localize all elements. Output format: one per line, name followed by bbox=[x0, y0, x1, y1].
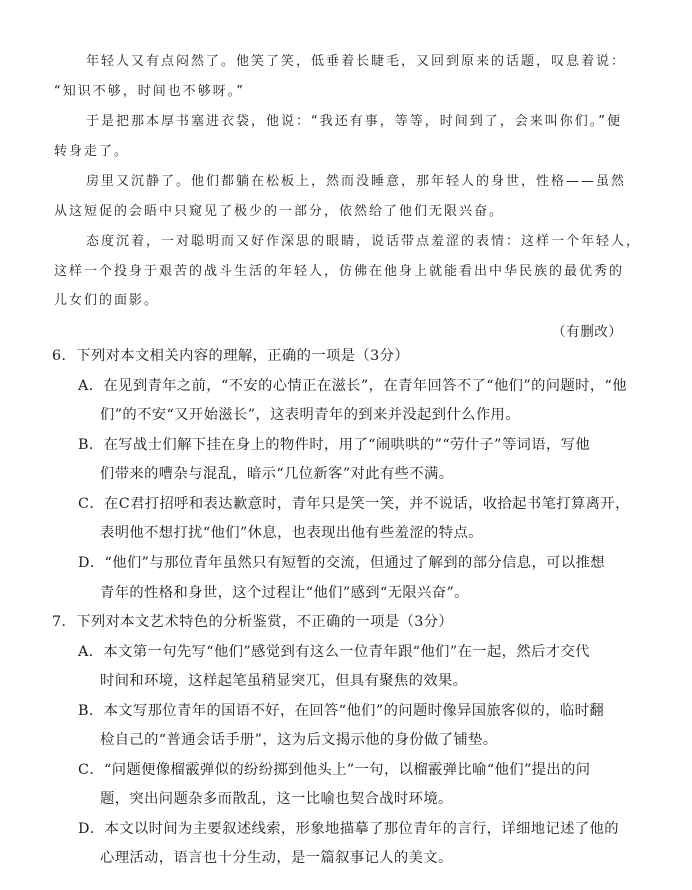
question-stem: 6．下列对本文相关内容的理解，正确的一项是（3分） bbox=[52, 345, 409, 365]
passage-line: “知识不够，时间也不够呀。” bbox=[54, 80, 245, 99]
passage-line: 年轻人又有点闷然了。他笑了笑，低垂着长睫毛，又回到原来的话题，叹息着说： bbox=[86, 50, 626, 69]
passage-line: 态度沉着，一对聪明而又好作深思的眼睛，说话带点羞涩的表情：这样一个年轻人， bbox=[86, 230, 641, 249]
passage-line: 转身走了。 bbox=[54, 140, 129, 159]
option-a-cont: 时间和环境，这样起笔虽稍显突兀，但具有聚焦的效果。 bbox=[100, 670, 467, 690]
option-c-cont: 表明他不想打扰“他们”休息，也表现出他有些羞涩的特点。 bbox=[100, 522, 483, 542]
option-a-cont: 们”的不安“又开始滋长”，这表明青年的到来并没起到什么作用。 bbox=[100, 404, 520, 424]
option-d-cont: 青年的性格和身世，这个过程让“他们”感到“无限兴奋”。 bbox=[100, 582, 469, 602]
option-a: A．本文第一句先写“他们”感觉到有这么一位青年跟“他们”在一起，然后才交代 bbox=[78, 641, 590, 661]
option-a: A．在见到青年之前，“不安的心情正在滋长”，在青年回答不了“他们”的问题时，“他 bbox=[78, 375, 627, 395]
passage-line: 房里又沉静了。他们都躺在松板上，然而没睡意，那年轻人的身世，性格——虽然 bbox=[86, 170, 626, 189]
option-c: C．“问题便像榴霰弹似的纷纷掷到他头上”一句，以榴霰弹比喻“他们”提出的问 bbox=[78, 759, 590, 779]
option-d: D．本文以时间为主要叙述线索，形象地描摹了那位青年的言行，详细地记述了他的 bbox=[78, 818, 619, 838]
option-d: D．“他们”与那位青年虽然只有短暂的交流，但通过了解到的部分信息，可以推想 bbox=[78, 552, 605, 572]
passage-line: 这样一个投身于艰苦的战斗生活的年轻人，仿佛在他身上就能看出中华民族的最优秀的 bbox=[54, 260, 624, 279]
option-c-cont: 题，突出问题杂多而散乱，这一比喻也契合战时环境。 bbox=[100, 788, 453, 808]
passage-line: 儿女们的面影。 bbox=[54, 289, 159, 308]
passage-line: 于是把那本厚书塞进衣袋，他说：“我还有事，等等，时间到了，会来叫你们。”便 bbox=[86, 110, 622, 129]
option-b-cont: 检自己的“普通会话手册”，这为后文揭示他的身份做了铺垫。 bbox=[100, 729, 498, 749]
option-d-cont: 心理活动，语言也十分生动，是一篇叙事记人的美文。 bbox=[100, 847, 453, 867]
question-stem: 7．下列对本文艺术特色的分析鉴赏，不正确的一项是（3分） bbox=[52, 611, 453, 631]
option-b: B．本文写那位青年的国语不好，在回答“他们”的问题时像异国旅客似的，临时翻 bbox=[78, 700, 604, 720]
option-b-cont: 们带来的嘈杂与混乱，暗示“几位新客”对此有些不满。 bbox=[100, 463, 453, 483]
option-b: B．在写战士们解下挂在身上的物件时，用了“闹哄哄的”“劳什子”等词语，写他 bbox=[78, 434, 590, 454]
option-c: C．在C君打招呼和表达歉意时，青年只是笑一笑，并不说话，收拾起书笔打算离开， bbox=[78, 493, 630, 513]
source-note: （有删改） bbox=[552, 320, 623, 340]
passage-line: 从这短促的会晤中只窥见了极少的一部分，依然给了他们无限兴奋。 bbox=[54, 200, 504, 219]
